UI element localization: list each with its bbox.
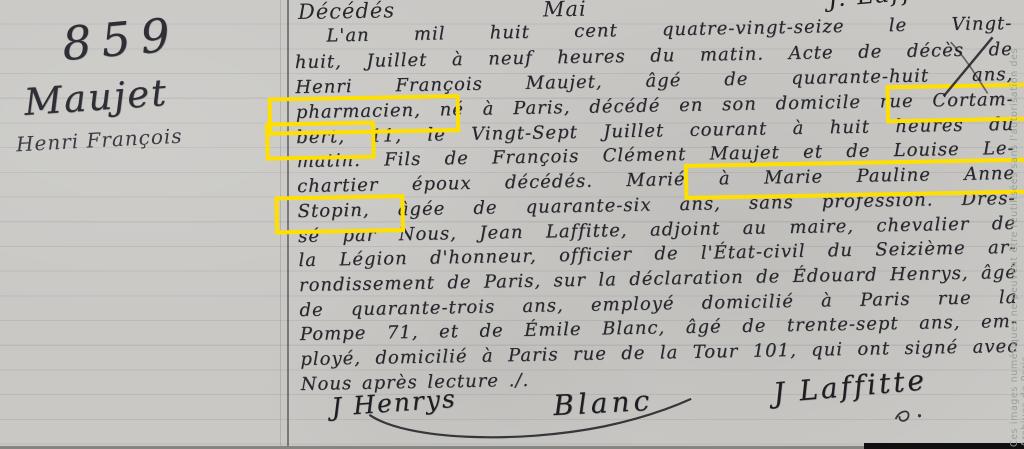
margin-surname: Maujet — [23, 71, 170, 124]
margin-column: 859 Maujet Henri François — [0, 0, 288, 449]
highlight-box-rue-cortambert — [885, 82, 1024, 123]
margin-given-names: Henri François — [15, 124, 183, 157]
signature-blanc: Blanc — [552, 384, 654, 422]
archives-watermark: Ces images numériques ne peuvent être ré… — [1009, 0, 1023, 447]
act-body: Décédés Mai J. Laffitte L'an mil huit ce… — [288, 0, 1024, 449]
highlight-box-marie-pauline-anne — [684, 158, 1024, 200]
scan-bottom-corner-black — [864, 443, 1024, 449]
previous-act-signature-fragment: J. Laffitte — [827, 0, 963, 13]
act-number: 859 — [60, 7, 182, 71]
header-month-word: Mai — [543, 0, 587, 22]
highlight-box-bert-11 — [265, 121, 376, 161]
highlight-box-stopin — [274, 194, 405, 234]
paraph-mark — [891, 407, 925, 428]
death-register-scan: 859 Maujet Henri François Décédés Mai J.… — [0, 0, 1024, 449]
register-heading: Décédés — [298, 0, 396, 24]
